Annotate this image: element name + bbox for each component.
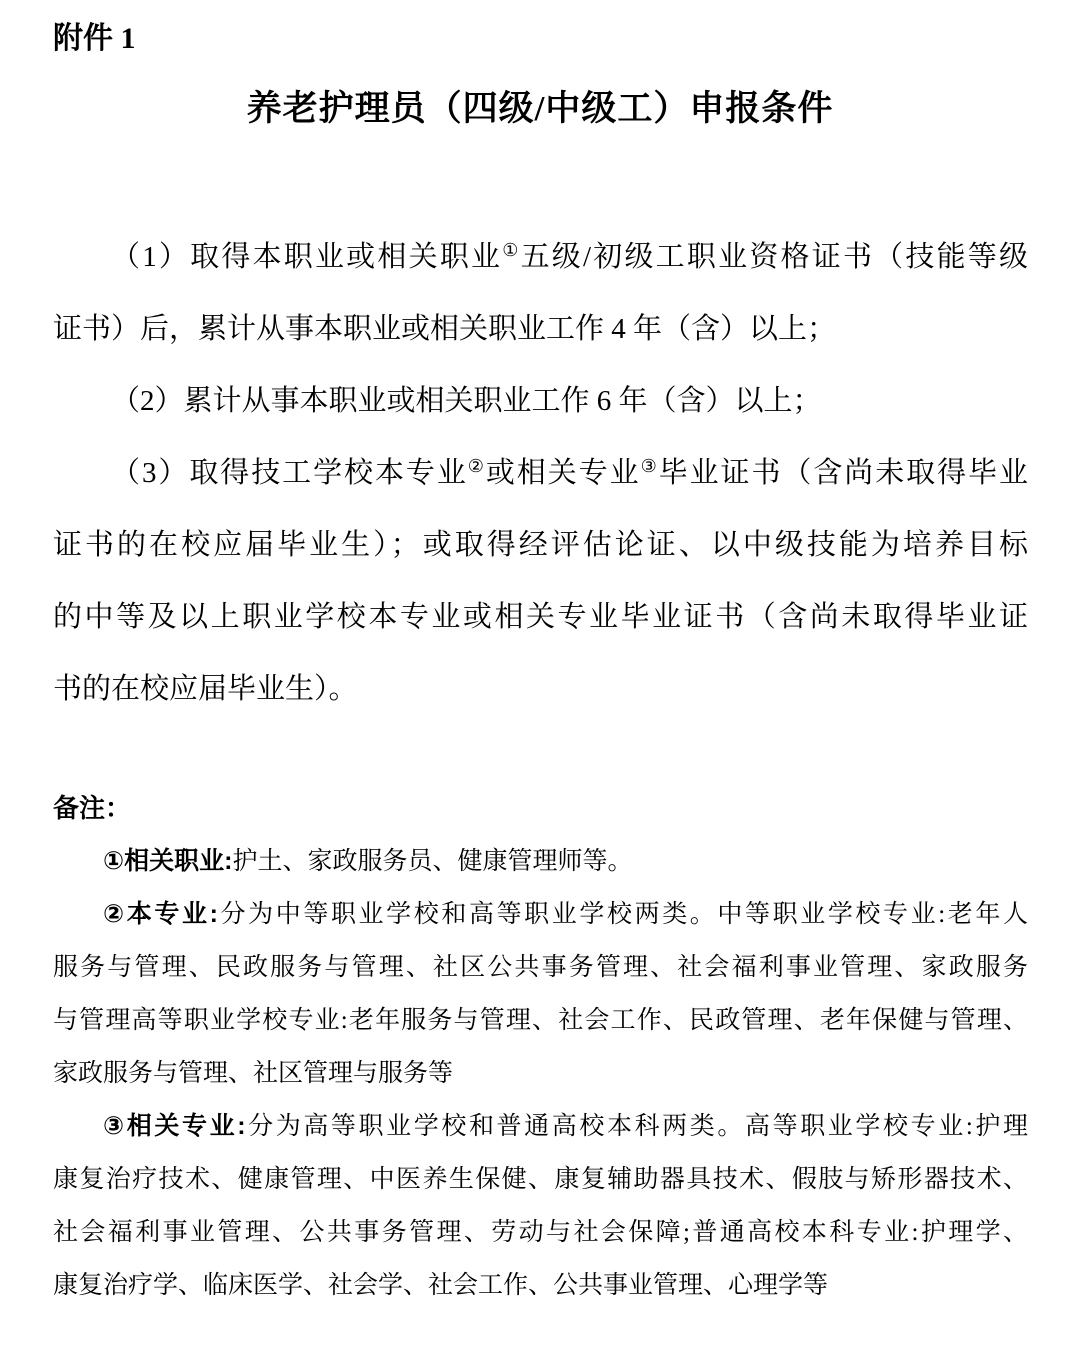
condition-3-text-mid: 或相关专业 <box>486 457 641 489</box>
condition-3-line-3: 的中等及以上职业学校本专业或相关专业毕业证书（含尚未取得毕业证 <box>53 581 1028 653</box>
note-3-text-1: 分为高等职业学校和普通高校本科两类。高等职业学校专业:护理 <box>246 1113 1028 1140</box>
note-2-line-2: 服务与管理、民政服务与管理、社区公共事务管理、社会福利事业管理、家政服务 <box>53 941 1028 994</box>
note-3-line-1: ③相关专业:分为高等职业学校和普通高校本科两类。高等职业学校专业:护理 <box>53 1100 1028 1153</box>
document-title: 养老护理员（四级/中级工）申报条件 <box>0 86 1080 132</box>
note-1-lead: ①相关职业: <box>103 847 233 875</box>
note-3-line-2: 康复治疗技术、健康管理、中医养生保健、康复辅助器具技术、假肢与矫形器技术、 <box>53 1153 1028 1206</box>
note-2-text-1: 分为中等职业学校和高等职业学校两类。中等职业学校专业:老年人 <box>218 901 1028 928</box>
notes-section: 备注： ①相关职业:护土、家政服务员、健康管理师等。 ②本专业:分为中等职业学校… <box>53 782 1028 1312</box>
condition-3-line-1: （3）取得技工学校本专业②或相关专业③毕业证书（含尚未取得毕业 <box>53 437 1028 509</box>
condition-1-text-pre: （1）取得本职业或相关职业 <box>111 241 502 273</box>
condition-2-line-1: （2）累计从事本职业或相关职业工作 6 年（含）以上； <box>53 365 1028 437</box>
conditions-section: （1）取得本职业或相关职业①五级/初级工职业资格证书（技能等级 证书）后，累计从… <box>53 221 1028 725</box>
note-2-line-1: ②本专业:分为中等职业学校和高等职业学校两类。中等职业学校专业:老年人 <box>53 888 1028 941</box>
footnote-marker-3: ③ <box>641 456 659 476</box>
notes-heading: 备注： <box>53 782 1028 835</box>
note-3-lead: ③相关专业: <box>103 1112 246 1140</box>
condition-3-text-post: 毕业证书（含尚未取得毕业 <box>659 457 1028 489</box>
note-1-line-1: ①相关职业:护土、家政服务员、健康管理师等。 <box>53 835 1028 888</box>
condition-1-line-1: （1）取得本职业或相关职业①五级/初级工职业资格证书（技能等级 <box>53 221 1028 293</box>
note-3-line-3: 社会福利事业管理、公共事务管理、劳动与社会保障;普通高校本科专业:护理学、 <box>53 1206 1028 1259</box>
condition-3-line-4: 书的在校应届毕业生）。 <box>53 653 1028 725</box>
condition-1-line-2: 证书）后，累计从事本职业或相关职业工作 4 年（含）以上； <box>53 293 1028 365</box>
attachment-label: 附件 1 <box>53 18 136 60</box>
condition-3-line-2: 证书的在校应届毕业生）；或取得经评估论证、以中级技能为培养目标 <box>53 509 1028 581</box>
condition-1-text-post: 五级/初级工职业资格证书（技能等级 <box>521 241 1028 273</box>
document-page: 附件 1 养老护理员（四级/中级工）申报条件 （1）取得本职业或相关职业①五级/… <box>0 0 1080 1355</box>
footnote-marker-1: ① <box>502 240 520 260</box>
condition-3-text-pre: （3）取得技工学校本专业 <box>111 457 468 489</box>
note-2-line-4: 家政服务与管理、社区管理与服务等 <box>53 1047 1028 1100</box>
note-3-line-4: 康复治疗学、临床医学、社会学、社会工作、公共事业管理、心理学等 <box>53 1259 1028 1312</box>
note-2-line-3: 与管理高等职业学校专业:老年服务与管理、社会工作、民政管理、老年保健与管理、 <box>53 994 1028 1047</box>
footnote-marker-2: ② <box>468 456 486 476</box>
note-1-text: 护土、家政服务员、健康管理师等。 <box>233 848 633 875</box>
note-2-lead: ②本专业: <box>103 900 218 928</box>
